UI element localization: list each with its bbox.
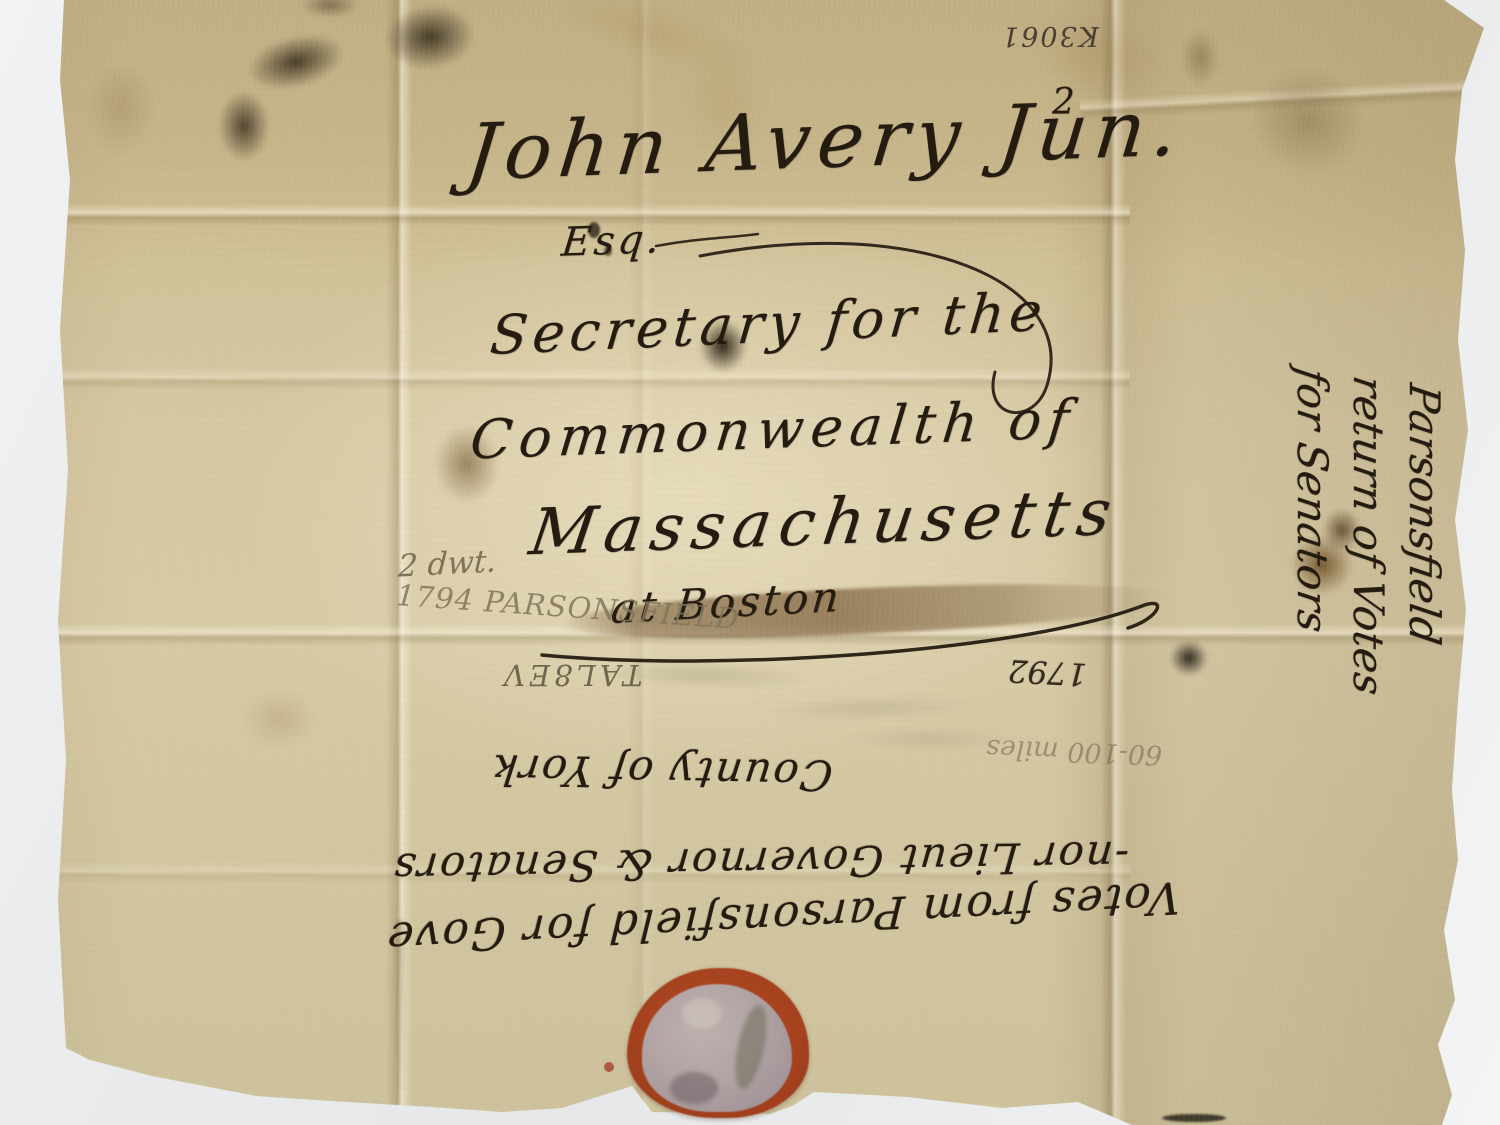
finger-smudge: [1233, 49, 1383, 193]
bleed-through-mark: [536, 0, 764, 93]
fold-crease-horizontal-middle: [0, 624, 1500, 646]
year-ink-annotation: 1792: [1007, 652, 1088, 692]
side-docket-line-town: Parsonsfield: [1396, 380, 1452, 818]
finger-smudge: [1180, 28, 1220, 88]
fold-crease-horizontal-mid-upper: [0, 368, 1130, 390]
fingerprint-stain: [86, 60, 156, 155]
address-line-esq: Esq.: [559, 216, 664, 265]
paper-stain: [240, 688, 318, 750]
wax-seal-center: [642, 984, 792, 1112]
side-docket-line-senators: for Senators: [1284, 364, 1340, 802]
ink-smudge: [381, 0, 479, 75]
reverse-docket-line-county: County of York: [487, 745, 836, 800]
ink-smudge: [218, 90, 270, 162]
code-pencil-annotation: TAL8EV: [500, 658, 643, 692]
bleed-through-text: [770, 693, 971, 724]
wax-seal-streak: [729, 1002, 772, 1092]
page-number-annotation: 2: [1052, 82, 1075, 123]
edge-mark: [1162, 1114, 1226, 1122]
wax-seal-streak: [682, 998, 722, 1028]
catalog-number-annotation: K3061: [1000, 20, 1099, 51]
ink-speck-cluster: [1168, 638, 1210, 678]
distance-pencil-annotation: 60-100 miles: [986, 733, 1163, 770]
ink-smudge: [241, 25, 351, 100]
seal-dust-speck: [604, 1062, 614, 1072]
photo-background: John Avery Jun. 2 Esq. Secretary for the…: [0, 0, 1500, 1125]
side-docket-line-return: return of Votes: [1340, 372, 1396, 810]
ink-smudge: [300, 0, 360, 18]
wax-seal-streak: [670, 1072, 718, 1104]
side-docket: Parsonsfield return of Votes for Senator…: [1284, 364, 1452, 818]
